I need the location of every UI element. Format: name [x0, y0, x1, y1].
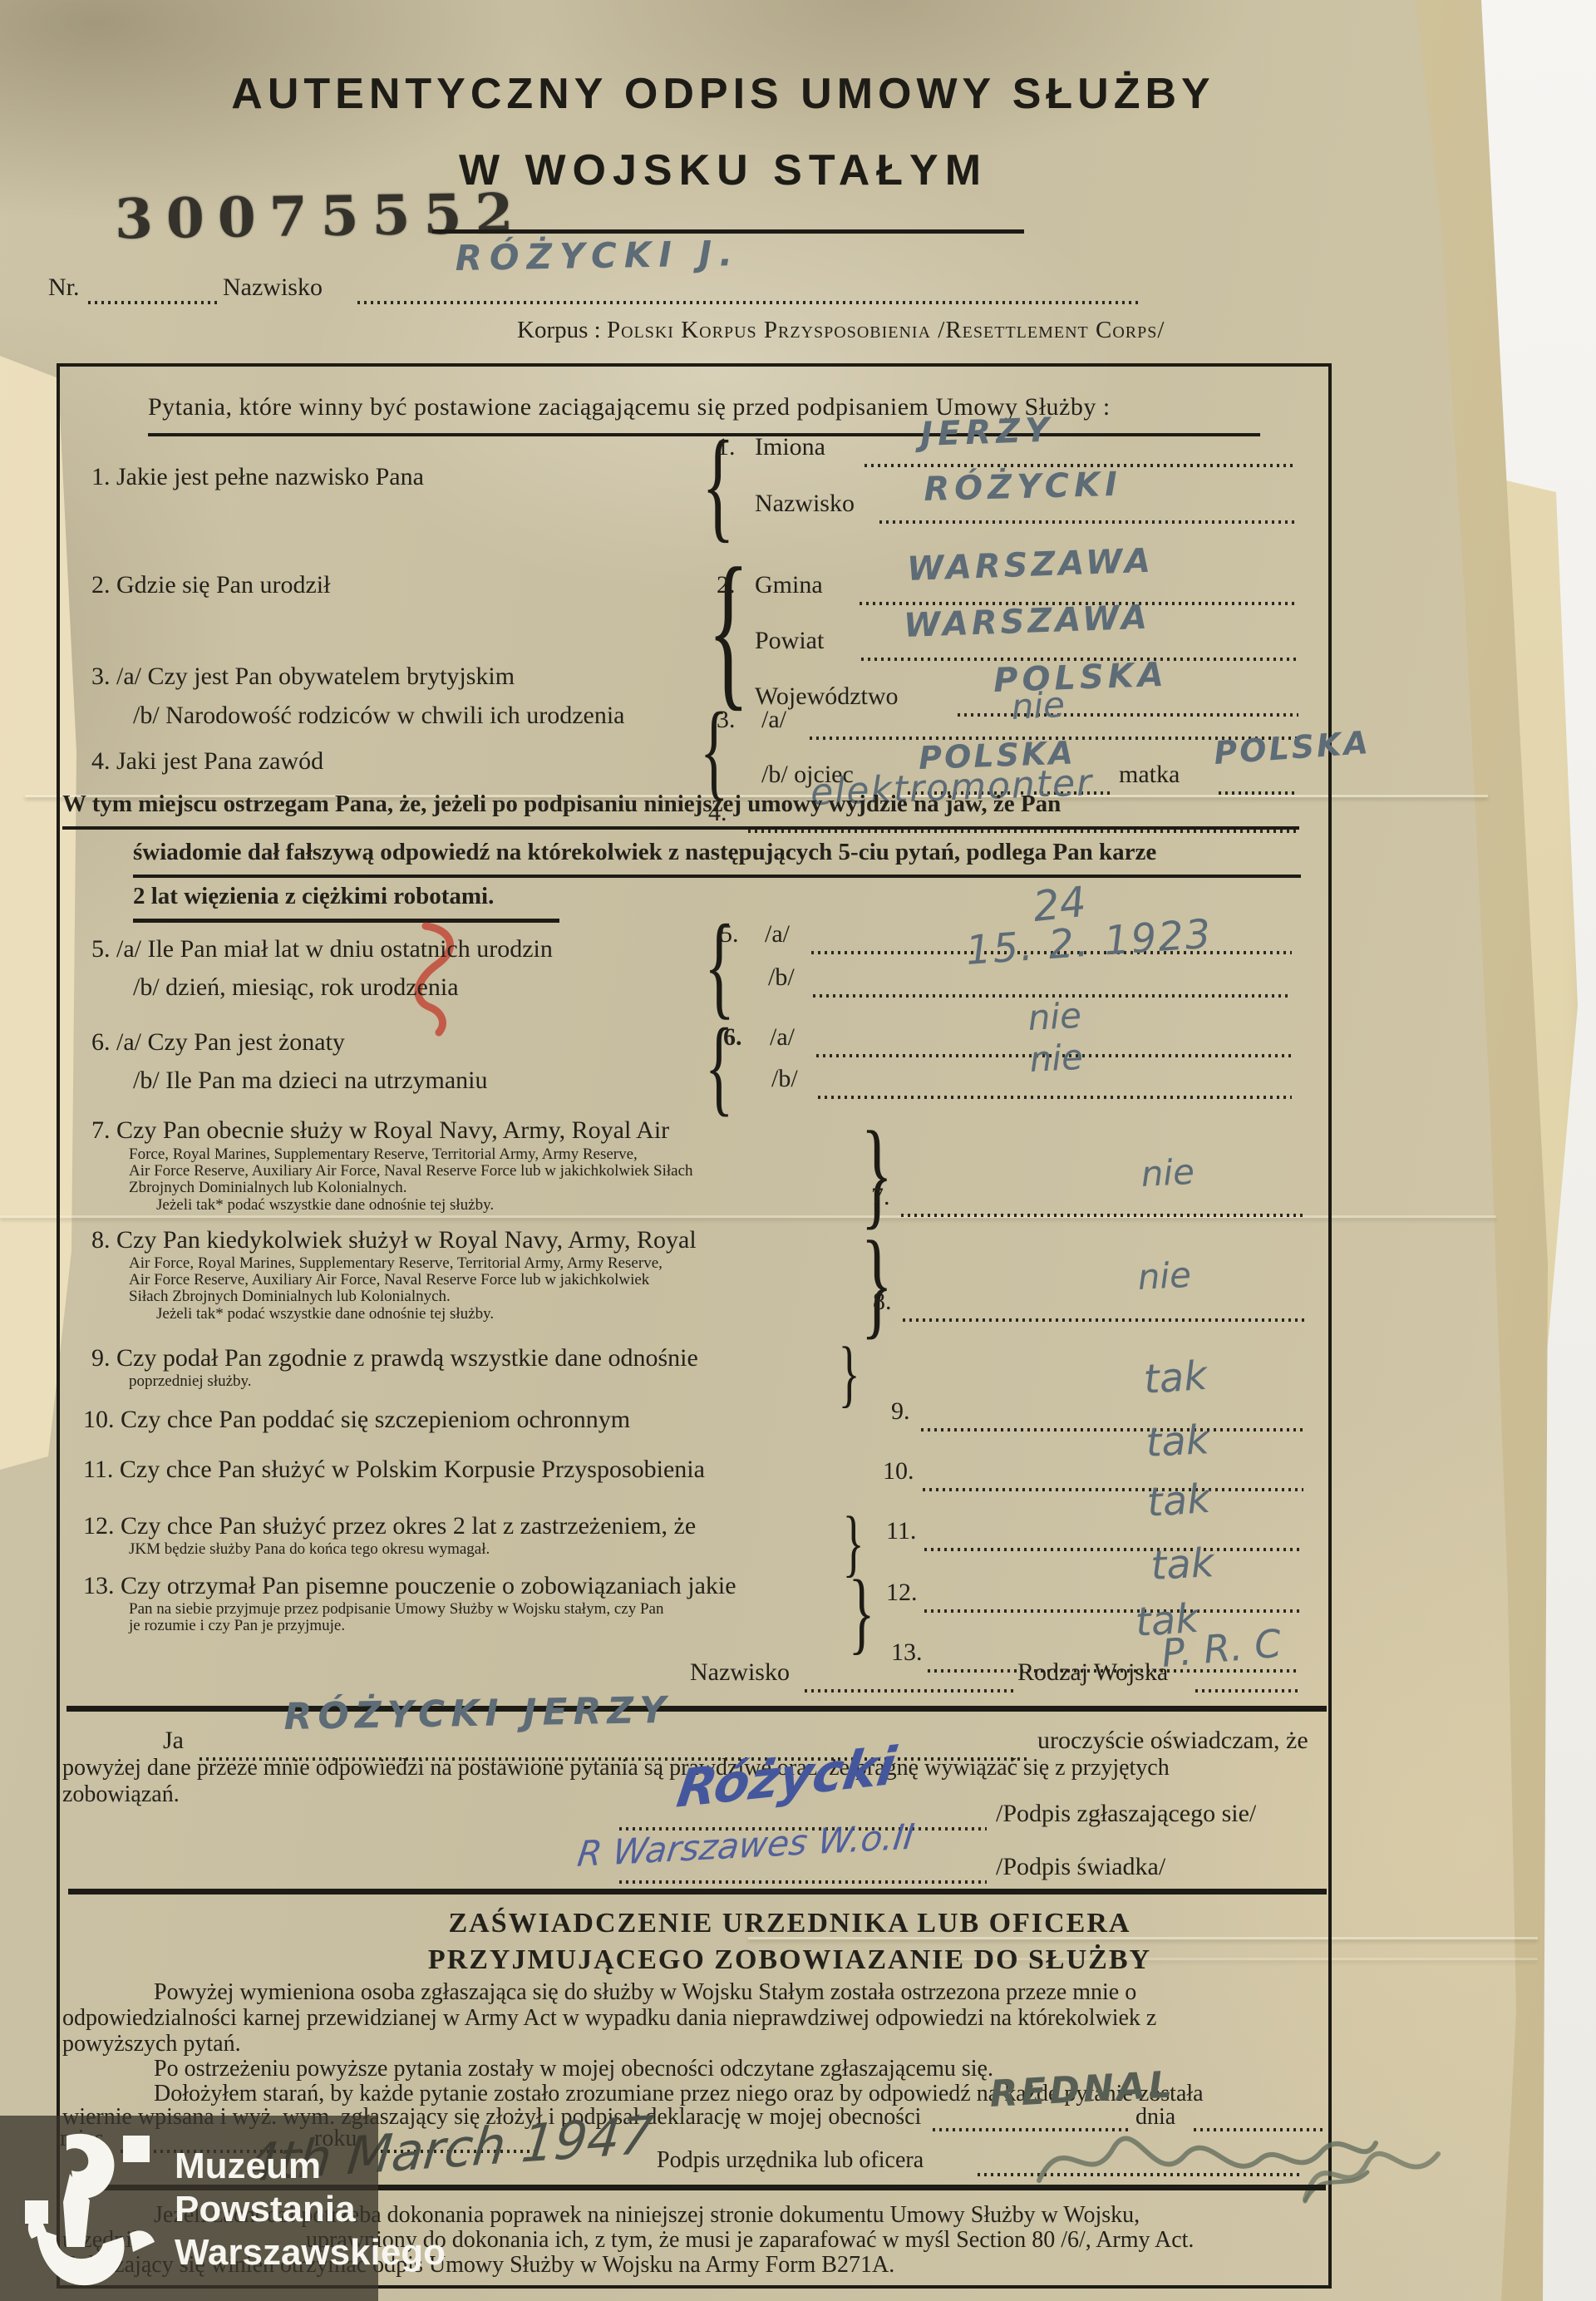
question-5b: /b/ dzień, miesiąc, rok urodzenia [133, 974, 459, 1001]
answer-9-no: 9. [891, 1398, 910, 1425]
declaration-line2: powyżej dane przeze mnie odpowiedzi na p… [62, 1756, 1170, 1780]
answer-12-no: 12. [886, 1579, 918, 1606]
answer-13-no: 13. [891, 1639, 923, 1666]
summary-rodzaj-dotted [1195, 1689, 1302, 1692]
answer-3a-label: /a/ [761, 707, 786, 733]
declaration-line1-end: uroczyście oświadczam, że [1037, 1727, 1308, 1754]
korpus-label: Korpus : [517, 317, 601, 343]
witness-signature-dotted [619, 1880, 987, 1884]
matka-dotted [1219, 791, 1298, 795]
brace-q9: } [839, 1337, 860, 1412]
answer-5a-label: /a/ [765, 921, 790, 948]
officer-signature-label: Podpis urzędnika lub oficera [657, 2148, 924, 2172]
answer-3-no: 3. [717, 707, 736, 733]
pw-anchor-icon [23, 2131, 165, 2297]
answer-7-no: 7. [871, 1184, 890, 1210]
nazwisko-label: Nazwisko [223, 274, 323, 301]
certificate-heading-1: ZAŚWIADCZENIE URZEDNIKA LUB OFICERA [291, 1909, 1288, 1939]
museum-watermark: Muzeum Powstania Warszawskiego [0, 2116, 378, 2301]
nr-label: Nr. [48, 274, 80, 301]
declaration-line3: zobowiązań. [62, 1782, 180, 1806]
answer-9-dotted [921, 1428, 1303, 1431]
question-8-small1: Air Force, Royal Marines, Supplementary … [129, 1255, 663, 1272]
summary-nazwisko-label: Nazwisko [690, 1659, 790, 1686]
warning-underline3 [133, 919, 559, 923]
answer-8-value: nie [1136, 1254, 1192, 1298]
answer-3a-value: nie [1010, 684, 1066, 727]
question-3b: /b/ Narodowość rodziców w chwili ich uro… [133, 702, 625, 729]
declaration-ja-label: Ja [163, 1727, 184, 1754]
brace-q8: } [861, 1224, 893, 1344]
answer-6a-value: nie [1027, 995, 1082, 1038]
matka-label: matka [1119, 761, 1180, 788]
section-rule-1 [66, 1706, 1327, 1712]
question-1: 1. Jakie jest pełne nazwisko Pana [91, 464, 424, 490]
witness-signature-label: /Podpis świadka/ [996, 1854, 1165, 1880]
answer-10-dotted [923, 1488, 1303, 1491]
answer-6a-label: /a/ [770, 1024, 795, 1051]
question-11: 11. Czy chce Pan służyć w Polskim Korpus… [83, 1456, 705, 1483]
answer-12-value: tak [1150, 1540, 1215, 1589]
question-9: 9. Czy podał Pan zgodnie z prawdą wszyst… [91, 1345, 698, 1372]
warning-line2: świadomie dał fałszywą odpowiedź na któr… [133, 840, 1156, 865]
nazwisko-field-label: Nazwisko [755, 490, 855, 517]
signature-flourish [1297, 2125, 1446, 2216]
warning-line3: 2 lat więzienia z ciężkimi robotami. [133, 884, 494, 909]
question-7-small2: Air Force Reserve, Auxiliary Air Force, … [129, 1163, 693, 1180]
answer-11-value: tak [1145, 1476, 1212, 1526]
answer-6-no: 6. [723, 1024, 742, 1051]
answer-6b-label: /b/ [771, 1066, 798, 1092]
answer-10-no: 10. [883, 1458, 914, 1485]
answer-4-dotted [748, 830, 1297, 833]
question-10: 10. Czy chce Pan poddać się szczepieniom… [83, 1407, 630, 1433]
question-7: 7. Czy Pan obecnie służy w Royal Navy, A… [91, 1117, 669, 1144]
answer-12-dotted [924, 1609, 1303, 1613]
nazwisko-field-value: RÓŻYCKI [924, 466, 1123, 509]
document-title-line1: AUTENTYCZNY ODPIS UMOWY SŁUŻBY [183, 71, 1263, 117]
answer-11-dotted [924, 1548, 1303, 1551]
korpus-line: Korpus : Polski Korpus Przysposobienia /… [517, 318, 1165, 342]
certificate-p2: Po ostrzeżeniu powyższe pytania zostały … [154, 2057, 993, 2081]
certificate-heading-2: PRZYJMUJĄCEGO ZOBOWIAZANIE DO SŁUŻBY [291, 1945, 1288, 1975]
question-12-small1: JKM będzie służby Pana do końca tego okr… [129, 1541, 490, 1558]
applicant-signature-label: /Podpis zgłaszającego sie/ [996, 1801, 1256, 1827]
answer-5-no: 5. [720, 921, 739, 948]
question-13: 13. Czy otrzymał Pan pisemne pouczenie o… [83, 1573, 736, 1599]
surname-handwritten: RÓŻYCKI J. [455, 233, 740, 278]
answer-6b-value: nie [1028, 1037, 1084, 1080]
question-2: 2. Gdzie się Pan urodził [91, 572, 330, 599]
question-8: 8. Czy Pan kiedykolwiek służył w Royal N… [91, 1227, 697, 1254]
question-8-small4: Jeżeli tak* podać wszystkie dane odnośni… [156, 1306, 494, 1323]
summary-rodzaj-label: Rodzaj Wojska [1017, 1659, 1168, 1686]
question-4: 4. Jaki jest Pana zawód [91, 748, 323, 775]
declaration-name-hw: RÓŻYCKI JERZY [283, 1689, 672, 1738]
answer-11-no: 11. [886, 1518, 916, 1545]
section-rule-2 [68, 1889, 1327, 1895]
question-7-small4: Jeżeli tak* podać wszystkie dane odnośni… [156, 1197, 494, 1214]
answer-8-dotted [903, 1318, 1305, 1322]
answer-6b-dotted [818, 1096, 1292, 1099]
watermark-line1: Muzeum [175, 2146, 321, 2187]
watermark-line3: Warszawskiego [175, 2232, 446, 2274]
certificate-p1-line2: odpowiedzialności karnej przewidzianej w… [62, 2006, 1156, 2030]
question-7-small3: Zbrojnych Dominialnych lub Kolonialnych. [129, 1180, 407, 1196]
summary-nazwisko-dotted [805, 1689, 1014, 1692]
question-6b: /b/ Ile Pan ma dzieci na utrzymaniu [133, 1067, 488, 1094]
warning-underline2 [133, 875, 1301, 878]
answer-5b-label: /b/ [768, 964, 795, 991]
warning-line1: W tym miejscu ostrzegam Pana, że, jeżeli… [62, 791, 1061, 816]
question-9-small1: poprzedniej służby. [129, 1373, 252, 1390]
nazwisko-dotted-line [357, 301, 1140, 304]
question-13-small2: je rozumie i czy Pan je przyjmuje. [129, 1618, 345, 1634]
warning-underline1 [62, 826, 1299, 830]
certificate-p1-line3: powyższych pytań. [62, 2032, 241, 2056]
nazwisko-field-dotted [879, 520, 1297, 524]
gmina-label: Gmina [755, 572, 823, 599]
question-6a: 6. /a/ Czy Pan jest żonaty [91, 1029, 345, 1056]
answer-8-no: 8. [873, 1288, 892, 1315]
question-8-small2: Air Force Reserve, Auxiliary Air Force, … [129, 1272, 649, 1288]
powiat-label: Powiat [755, 628, 824, 654]
answer-7-value: nie [1140, 1151, 1195, 1195]
answer-10-value: tak [1145, 1417, 1210, 1466]
watermark-line2: Powstania [175, 2189, 356, 2230]
nr-dotted-line [88, 301, 219, 304]
answer-1-no: 1. [717, 434, 736, 461]
question-7-small1: Force, Royal Marines, Supplementary Rese… [129, 1146, 638, 1163]
brace-q13: } [849, 1566, 875, 1658]
imiona-value: JERZY [919, 411, 1054, 454]
answer-9-value: tak [1142, 1353, 1209, 1403]
answer-2-no: 2. [717, 572, 736, 599]
korpus-value: Polski Korpus Przysposobienia /Resettlem… [607, 317, 1165, 343]
question-8-small3: Siłach Zbrojnych Dominialnych lub Koloni… [129, 1288, 451, 1305]
question-12: 12. Czy chce Pan służyć przez okres 2 la… [83, 1513, 696, 1540]
question-5a: 5. /a/ Ile Pan miał lat w dniu ostatnich… [91, 936, 553, 963]
certificate-p1-line1: Powyżej wymieniona osoba zgłaszająca się… [154, 1980, 1136, 2004]
answer-7-dotted [901, 1214, 1305, 1217]
wojewodztwo-dotted [958, 713, 1298, 717]
question-13-small1: Pan na siebie przyjmuje przez podpisanie… [129, 1601, 663, 1618]
imiona-label: Imiona [755, 434, 825, 461]
question-3a: 3. /a/ Czy jest Pan obywatelem brytyjski… [91, 663, 515, 690]
scanned-document-page: AUTENTYCZNY ODPIS UMOWY SŁUŻBY W WOJSKU … [0, 0, 1596, 2301]
